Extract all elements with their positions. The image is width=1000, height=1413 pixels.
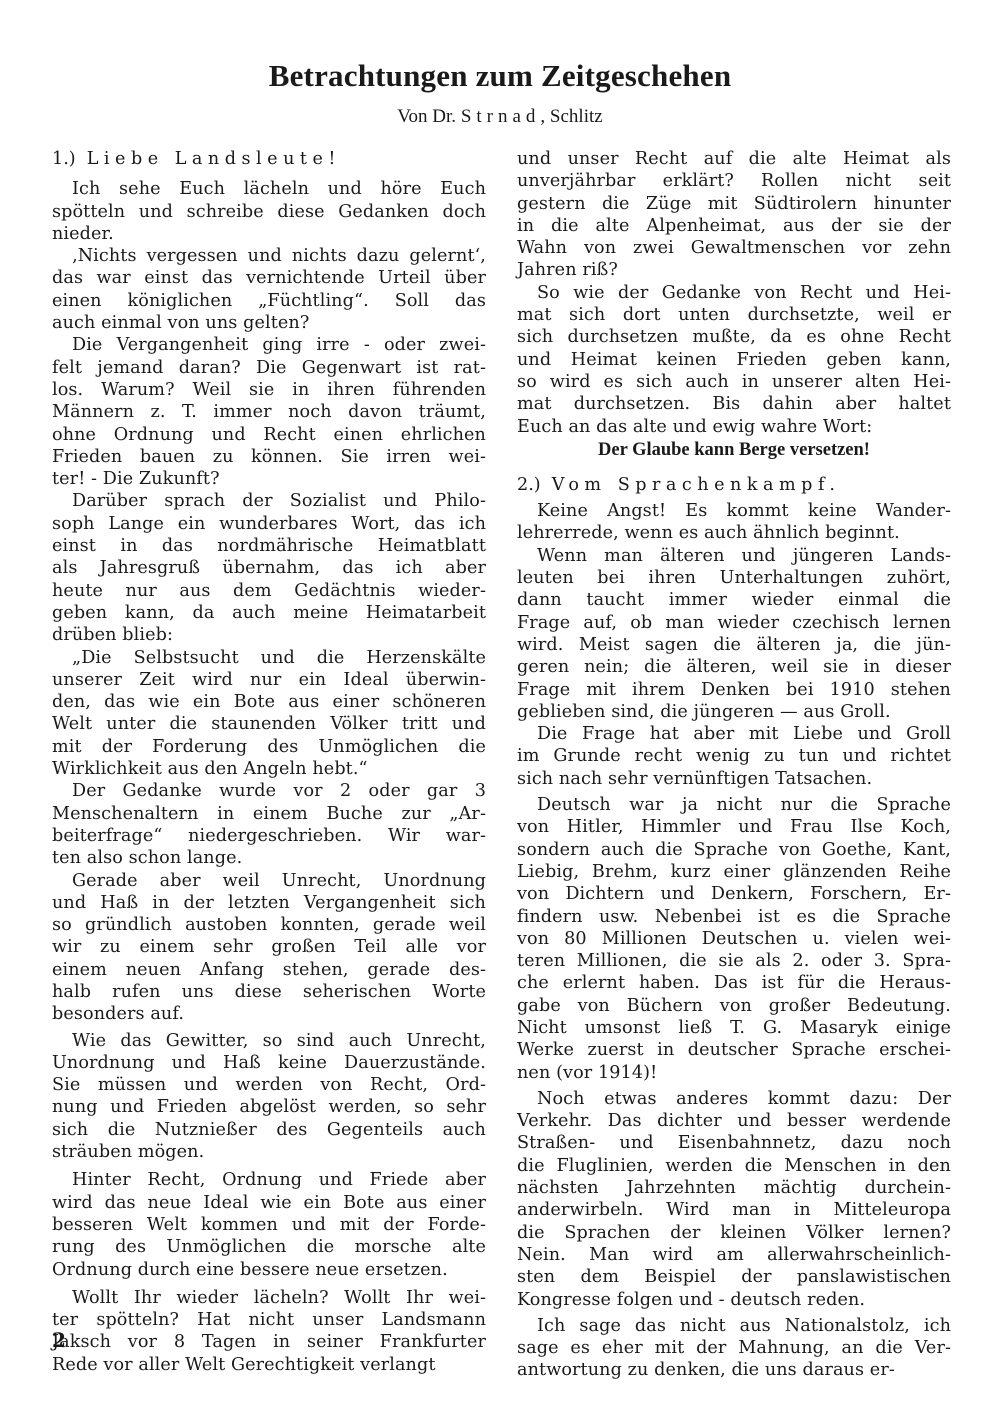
text-line: Darüber sprach der Sozialist und Philo- xyxy=(52,490,486,512)
text-line: Wollt Ihr wieder lächeln? Wollt Ihr wei- xyxy=(52,1287,486,1309)
section-title: Vom Sprachenkampf. xyxy=(552,475,841,495)
byline-location: , Schlitz xyxy=(540,106,602,127)
text-line: felt jemand daran? Die Gegenwart ist rat… xyxy=(52,357,486,379)
text-line: besseren Welt kommen und mit der Forde- xyxy=(52,1214,486,1236)
text-line: ‚Nichts vergessen und nichts dazu gelern… xyxy=(52,245,486,267)
section-number: 1.) xyxy=(52,149,76,169)
text-line: ter spötteln? Hat nicht unser Landsmann xyxy=(52,1309,486,1331)
text-line: sträuben mögen. xyxy=(52,1141,486,1163)
text-line: Frage auf, ob man wieder czechisch lerne… xyxy=(517,612,951,634)
text-line: unverjährbar erklärt? Rollen nicht seit xyxy=(517,170,951,192)
text-line: Wenn man älteren und jüngeren Lands- xyxy=(517,545,951,567)
text-line: ter! - Die Zukunft? xyxy=(52,468,486,490)
text-line: gabe von Büchern von großer Bedeutung. xyxy=(517,995,951,1017)
text-line: Deutsch war ja nicht nur die Sprache xyxy=(517,794,951,816)
text-line: Ich sage das nicht aus Nationalstolz, ic… xyxy=(517,1315,951,1337)
text-line: von Dichtern und Denkern, Forschern, Er- xyxy=(517,883,951,905)
text-line: Nicht umsonst ließ T. G. Masaryk einige xyxy=(517,1017,951,1039)
text-line: spötteln und schreibe diese Gedanken doc… xyxy=(52,201,486,223)
text-line: einst in das nordmährische Heimatblatt xyxy=(52,535,486,557)
motto: Der Glaube kann Berge versetzen! xyxy=(517,438,951,462)
text-line: mit der Forderung des Unmöglichen die xyxy=(52,736,486,758)
text-line: und unser Recht auf die alte Heimat als xyxy=(517,148,951,170)
text-line: leuten bei ihren Unterhaltungen zuhört, xyxy=(517,567,951,589)
byline-prefix: Von Dr. xyxy=(397,106,456,127)
text-line: als Jahresgruß übernahm, das ich aber xyxy=(52,557,486,579)
text-line: und Haß in der letzten Vergangenheit sic… xyxy=(52,892,486,914)
text-line: die Sprachen der kleinen Völker lernen? xyxy=(517,1222,951,1244)
text-line: Die Frage hat aber mit Liebe und Groll xyxy=(517,723,951,745)
author-name: Strnad xyxy=(461,106,541,127)
text-line: dann taucht immer wieder einmal die xyxy=(517,589,951,611)
paragraph: Darüber sprach der Sozialist und Philo-s… xyxy=(52,490,486,646)
text-line: so wird es sich auch in unserer alten He… xyxy=(517,371,951,393)
text-line: Wirklichkeit aus den Angeln hebt.“ xyxy=(52,758,486,780)
text-line: Hinter Recht, Ordnung und Friede aber xyxy=(52,1169,486,1191)
text-line: in die alte Alpenheimat, aus der sie der xyxy=(517,215,951,237)
text-line: rung des Unmöglichen die morsche alte xyxy=(52,1236,486,1258)
text-line: nieder. xyxy=(52,223,486,245)
text-line: ohne Ordnung und Recht einen ehrlichen xyxy=(52,424,486,446)
text-line: besonders auf. xyxy=(52,1003,486,1025)
paragraph: Wenn man älteren und jüngeren Lands-leut… xyxy=(517,545,951,723)
byline: Von Dr. Strnad, Schlitz xyxy=(0,106,1000,128)
text-line: den, das wie ein Bote aus einer schönere… xyxy=(52,691,486,713)
text-line: so gründlich austoben konnten, gerade we… xyxy=(52,914,486,936)
section-heading: 2.) Vom Sprachenkampf. xyxy=(517,474,951,496)
article-title: Betrachtungen zum Zeitgeschehen xyxy=(0,58,1000,94)
text-line: einem neuen Anfang stehen, gerade des- xyxy=(52,959,486,981)
left-column: 1.) Liebe Landsleute! Ich sehe Euch läch… xyxy=(52,148,486,1376)
paragraph: ‚Nichts vergessen und nichts dazu gelern… xyxy=(52,245,486,334)
text-line: Verkehr. Das dichter und besser werdende xyxy=(517,1110,951,1132)
text-line: Wahn von zwei Gewaltmenschen vor zehn xyxy=(517,237,951,259)
text-line: das war einst das vernichtende Urteil üb… xyxy=(52,267,486,289)
text-line: sich nach sehr vernünftigen Tatsachen. xyxy=(517,768,951,790)
paragraph: Die Vergangenheit ging irre - oder zwei-… xyxy=(52,334,486,490)
text-line: Unordnung und Haß keine Dauerzustände. xyxy=(52,1052,486,1074)
text-line: Werke zuerst in deutscher Sprache ersche… xyxy=(517,1039,951,1061)
paragraph: Ich sehe Euch lächeln und höre Euchspött… xyxy=(52,178,486,245)
text-line: Rede vor aller Welt Gerechtigkeit verlan… xyxy=(52,1354,486,1376)
section-heading: 1.) Liebe Landsleute! xyxy=(52,148,486,170)
text-line: So wie der Gedanke von Recht und Hei- xyxy=(517,282,951,304)
text-line: nen (vor 1914)! xyxy=(517,1062,951,1084)
text-line: Euch an das alte und ewig wahre Wort: xyxy=(517,416,951,438)
text-line: nung und Frieden abgelöst werden, so seh… xyxy=(52,1096,486,1118)
text-line: „Die Selbstsucht und die Herzenskälte xyxy=(52,647,486,669)
text-line: gestern die Züge mit Südtirolern hinunte… xyxy=(517,193,951,215)
text-line: von Hitler, Himmler und Frau Ilse Koch, xyxy=(517,816,951,838)
text-line: antwortung zu denken, die uns daraus er- xyxy=(517,1359,951,1381)
text-line: sage es eher mit der Mahnung, an die Ver… xyxy=(517,1337,951,1359)
text-line: im Grunde recht wenig zu tun und richtet xyxy=(517,745,951,767)
text-line: soph Lange ein wunderbares Wort, das ich xyxy=(52,513,486,535)
text-line: Keine Angst! Es kommt keine Wander- xyxy=(517,500,951,522)
paragraph: Gerade aber weil Unrecht, Unordnungund H… xyxy=(52,870,486,1026)
text-line: che erlernt haben. Das ist für die Herau… xyxy=(517,972,951,994)
text-line: sich durchsetzen mußte, da es ohne Recht xyxy=(517,326,951,348)
text-line: wir zu einem sehr großen Teil alle vor xyxy=(52,936,486,958)
paragraph: Der Gedanke wurde vor 2 oder gar 3Mensch… xyxy=(52,780,486,869)
text-line: Der Gedanke wurde vor 2 oder gar 3 xyxy=(52,780,486,802)
text-line: Sie müssen und werden von Recht, Ord- xyxy=(52,1074,486,1096)
text-line: Liebig, Brehm, kurz einer glänzenden Rei… xyxy=(517,861,951,883)
paragraph: Die Frage hat aber mit Liebe und Grollim… xyxy=(517,723,951,790)
text-line: auch einmal von uns gelten? xyxy=(52,312,486,334)
paragraph: So wie der Gedanke von Recht und Hei-mat… xyxy=(517,282,951,438)
text-line: unserer Zeit wird nur ein Ideal überwin- xyxy=(52,669,486,691)
paragraph: Wollt Ihr wieder lächeln? Wollt Ihr wei-… xyxy=(52,1287,486,1376)
text-line: mat sich dort unten durchsetzte, weil er xyxy=(517,304,951,326)
text-line: los. Warum? Weil sie in ihren führenden xyxy=(52,379,486,401)
text-line: heute nur aus dem Gedächtnis wieder- xyxy=(52,580,486,602)
text-line: mat durchsetzen. Bis dahin aber haltet xyxy=(517,393,951,415)
text-line: die Fluglinien, werden die Menschen in d… xyxy=(517,1155,951,1177)
text-line: Jahren riß? xyxy=(517,259,951,281)
text-line: sich die Nutznießer des Gegenteils auch xyxy=(52,1119,486,1141)
section-title: Liebe Landsleute! xyxy=(87,149,341,169)
text-line: Noch etwas anderes kommt dazu: Der xyxy=(517,1088,951,1110)
paragraph: Noch etwas anderes kommt dazu: DerVerkeh… xyxy=(517,1088,951,1311)
text-line: Frage mit ihrem Denken bei 1910 stehen xyxy=(517,679,951,701)
paragraph: „Die Selbstsucht und die Herzenskälteuns… xyxy=(52,647,486,781)
text-line: sten dem Beispiel der panslawistischen xyxy=(517,1266,951,1288)
text-line: Männern z. T. immer noch davon träumt, xyxy=(52,401,486,423)
text-line: Ordnung durch eine bessere neue ersetzen… xyxy=(52,1259,486,1281)
text-line: anderwirbeln. Wird man in Mitteleuropa xyxy=(517,1199,951,1221)
text-line: geren nein; die älteren, weil sie in die… xyxy=(517,656,951,678)
text-line: Menschenaltern in einem Buche zur „Ar- xyxy=(52,803,486,825)
text-line: Straßen- und Eisenbahnnetz, dazu noch xyxy=(517,1132,951,1154)
text-line: beiterfrage“ niedergeschrieben. Wir war- xyxy=(52,825,486,847)
text-line: findern usw. Nebenbei ist es die Sprache xyxy=(517,906,951,928)
paragraph: Deutsch war ja nicht nur die Sprachevon … xyxy=(517,794,951,1084)
text-line: Welt unter die staunenden Völker tritt u… xyxy=(52,713,486,735)
section-number: 2.) xyxy=(517,475,541,495)
text-line: Kongresse folgen und - deutsch reden. xyxy=(517,1289,951,1311)
text-line: Nein. Man wird am allerwahrscheinlich- xyxy=(517,1244,951,1266)
text-line: Die Vergangenheit ging irre - oder zwei- xyxy=(52,334,486,356)
text-line: sondern auch die Sprache von Goethe, Kan… xyxy=(517,839,951,861)
paragraph: Keine Angst! Es kommt keine Wander-lehre… xyxy=(517,500,951,545)
text-line: lehrerrede, wenn es auch ähnlich beginnt… xyxy=(517,522,951,544)
paragraph: Ich sage das nicht aus Nationalstolz, ic… xyxy=(517,1315,951,1382)
text-line: geben kann, da auch meine Heimatarbeit xyxy=(52,602,486,624)
text-line: geblieben sind, die jüngeren — aus Groll… xyxy=(517,701,951,723)
paragraph: und unser Recht auf die alte Heimat alsu… xyxy=(517,148,951,282)
text-line: Jaksch vor 8 Tagen in seiner Frankfurter xyxy=(52,1331,486,1353)
paragraph: Wie das Gewitter, so sind auch Unrecht,U… xyxy=(52,1030,486,1164)
text-line: Frieden bauen zu können. Sie irren wei- xyxy=(52,446,486,468)
right-column: und unser Recht auf die alte Heimat alsu… xyxy=(517,148,951,1382)
paragraph: Hinter Recht, Ordnung und Friede aberwir… xyxy=(52,1169,486,1280)
page-number: 2 xyxy=(52,1328,66,1352)
text-line: Ich sehe Euch lächeln und höre Euch xyxy=(52,178,486,200)
text-line: teren Millionen, die sie als 2. oder 3. … xyxy=(517,950,951,972)
text-line: Gerade aber weil Unrecht, Unordnung xyxy=(52,870,486,892)
text-line: und Heimat keinen Frieden geben kann, xyxy=(517,349,951,371)
text-line: wird. Meist sagen die älteren ja, die jü… xyxy=(517,634,951,656)
text-line: halb rufen uns diese seherischen Worte xyxy=(52,981,486,1003)
text-line: nächsten Jahrzehnten mächtig durchein- xyxy=(517,1177,951,1199)
text-line: ten also schon lange. xyxy=(52,847,486,869)
text-line: drüben blieb: xyxy=(52,624,486,646)
text-line: Wie das Gewitter, so sind auch Unrecht, xyxy=(52,1030,486,1052)
text-line: von 80 Millionen Deutschen u. vielen wei… xyxy=(517,928,951,950)
text-line: einen königlichen „Füchtling“. Soll das xyxy=(52,290,486,312)
text-line: wird das neue Ideal wie ein Bote aus ein… xyxy=(52,1192,486,1214)
